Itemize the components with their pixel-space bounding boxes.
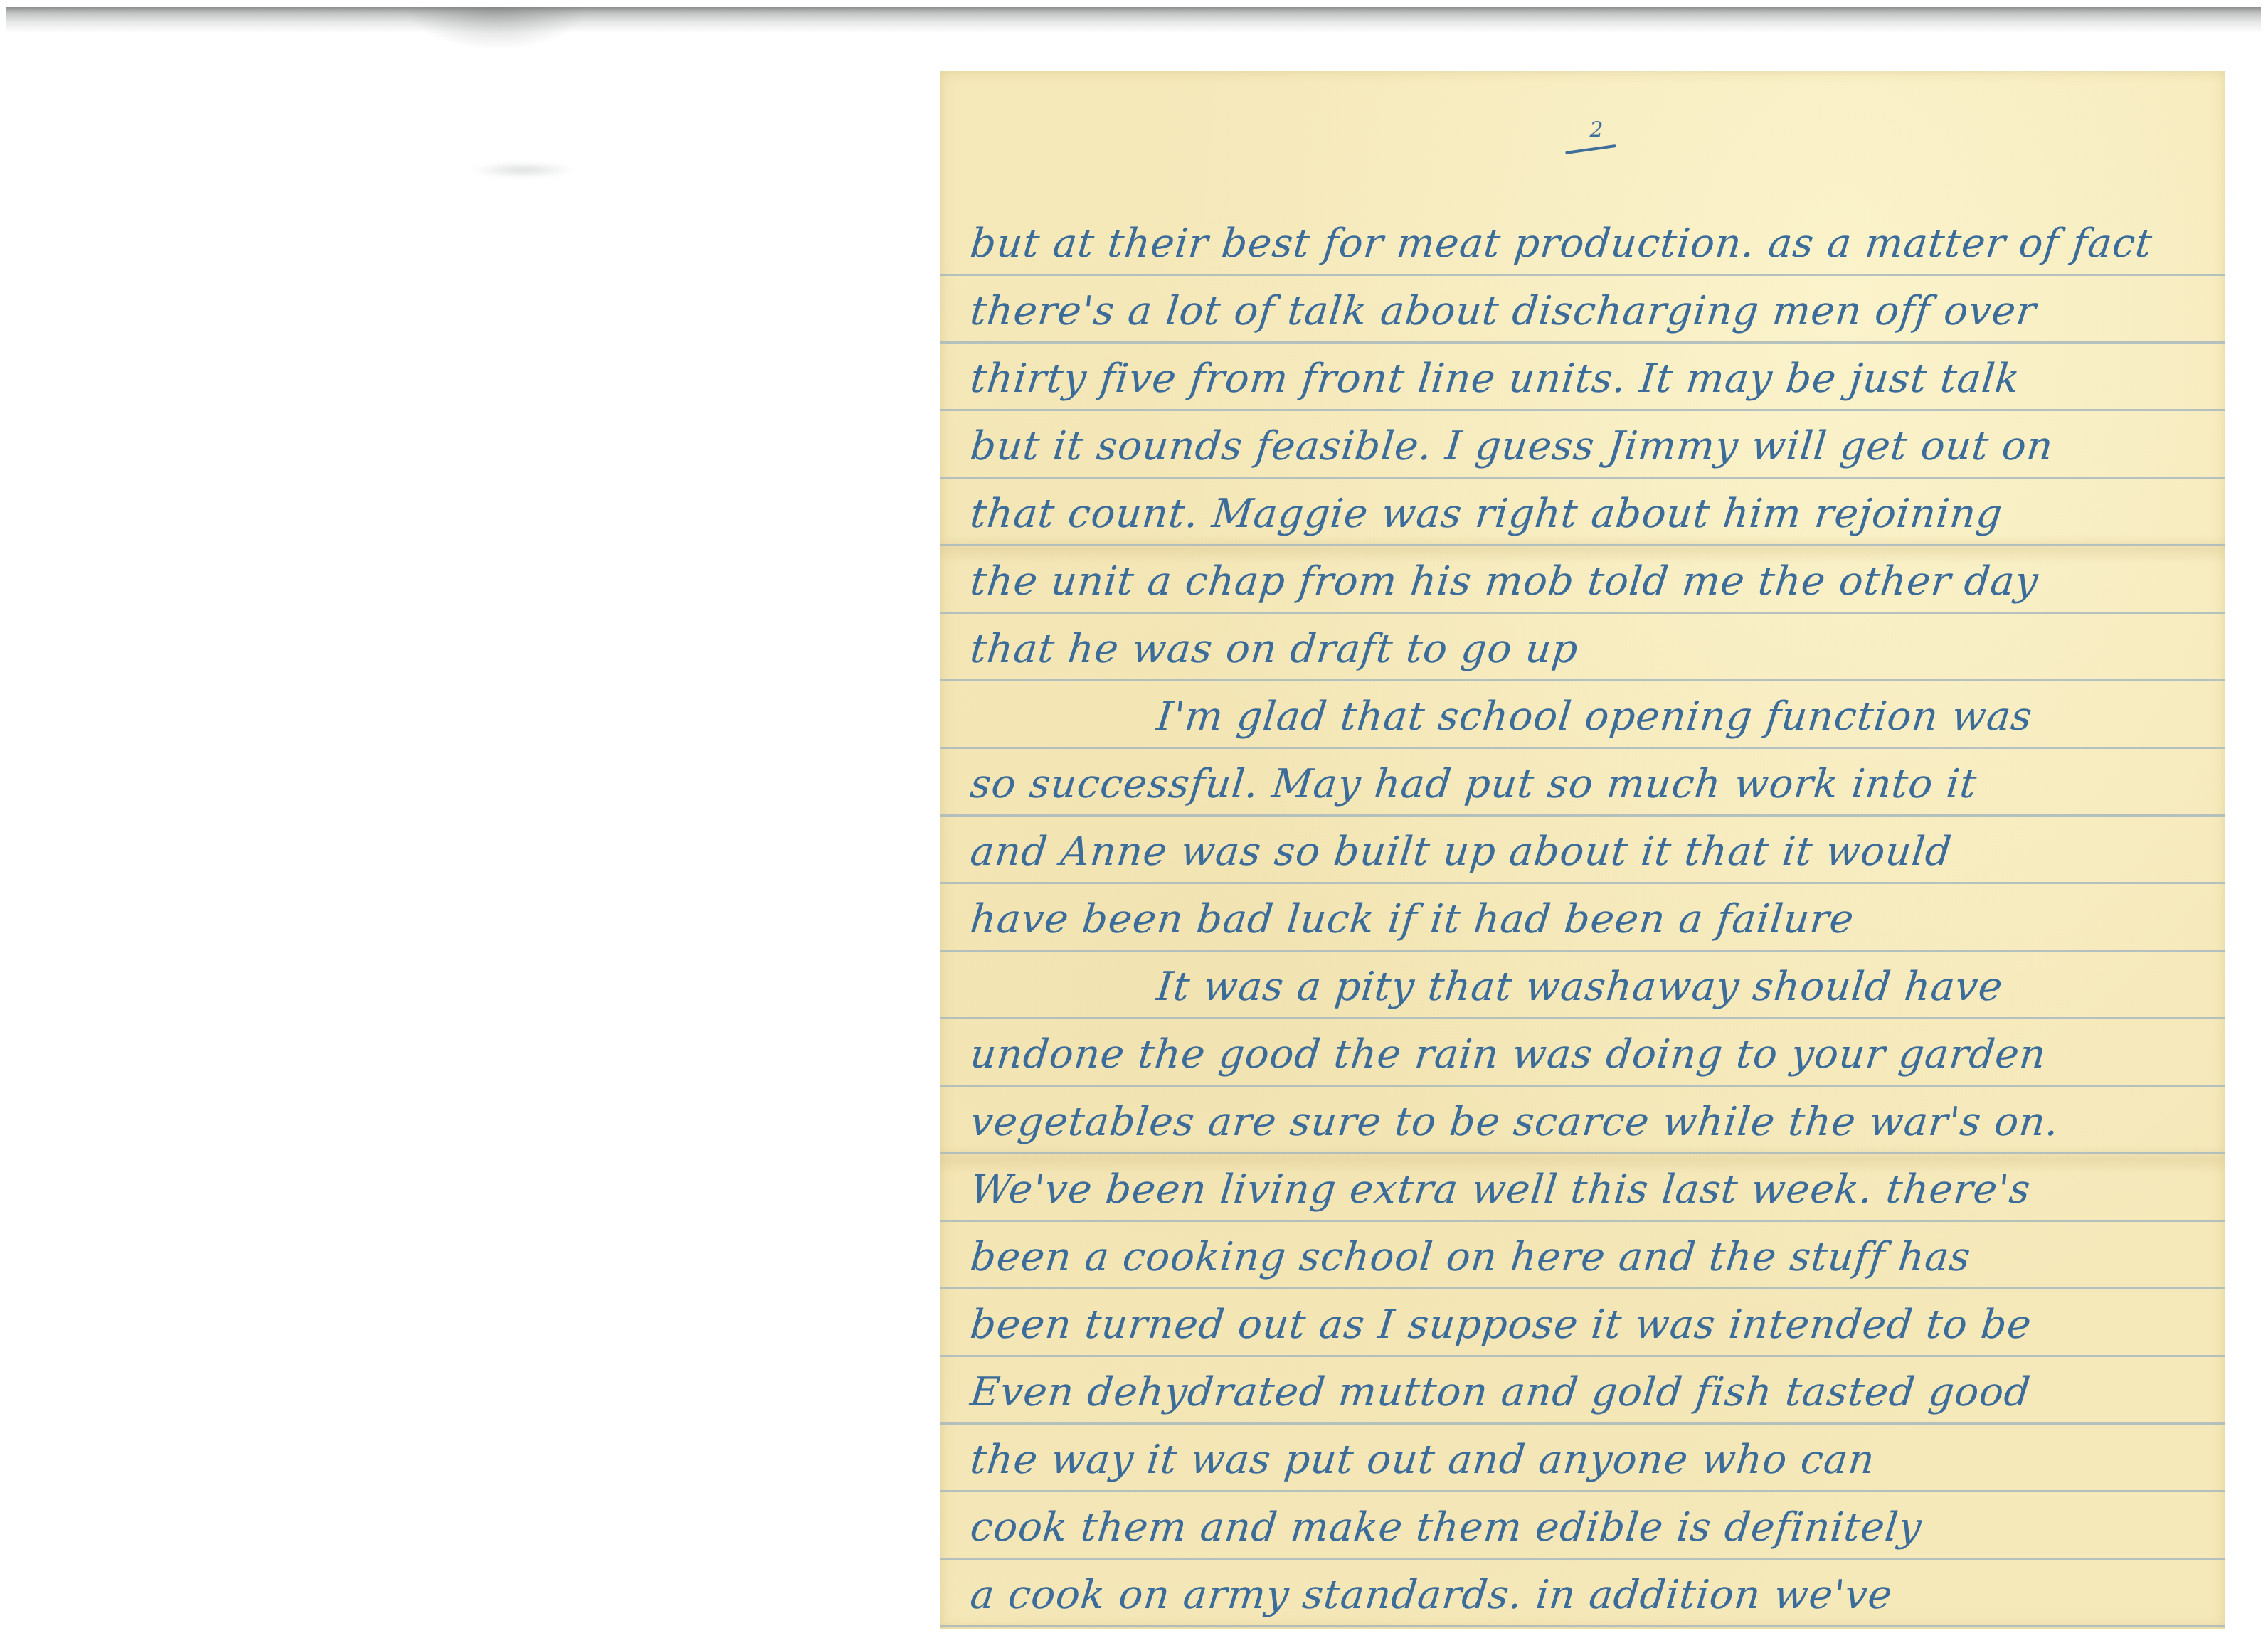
letter-page: 2 but at their best for meat production.… [940, 71, 2225, 1629]
ruled-line [940, 341, 2225, 344]
handwritten-line: the way it was put out and anyone who ca… [968, 1432, 2203, 1489]
handwritten-line: Even dehydrated mutton and gold fish tas… [968, 1364, 2203, 1421]
handwritten-line: vegetables are sure to be scarce while t… [968, 1094, 2203, 1151]
handwritten-line: been turned out as I suppose it was inte… [968, 1297, 2203, 1354]
handwritten-line: there's a lot of talk about discharging … [968, 283, 2203, 340]
scan-smudge [470, 162, 576, 178]
ruled-line [940, 612, 2225, 614]
scanner-shadow-band [6, 7, 2261, 33]
handwritten-line: cook them and make them edible is defini… [968, 1499, 2203, 1556]
ruled-line [940, 1625, 2225, 1627]
ruled-line [940, 1085, 2225, 1087]
handwritten-line: thirty five from front line units. It ma… [968, 351, 2203, 408]
handwritten-line: been a cooking school on here and the st… [968, 1229, 2203, 1286]
handwritten-line-indented: I'm glad that school opening function wa… [1154, 688, 2203, 745]
ruled-line [940, 544, 2225, 546]
handwritten-line: a cook on army standards. in addition we… [968, 1567, 2203, 1624]
handwritten-line: have been bad luck if it had been a fail… [968, 891, 2203, 948]
page-number: 2 [1564, 119, 1628, 141]
handwritten-line: undone the good the rain was doing to yo… [968, 1026, 2203, 1083]
handwritten-line: so successful. May had put so much work … [968, 756, 2203, 813]
ruled-line [940, 1422, 2225, 1425]
handwritten-line: We've been living extra well this last w… [968, 1161, 2203, 1218]
ruled-line [940, 1017, 2225, 1019]
ruled-line [940, 1355, 2225, 1357]
ruled-line [940, 274, 2225, 276]
ruled-line [940, 950, 2225, 952]
ruled-line [940, 679, 2225, 681]
ruled-line [940, 477, 2225, 479]
handwritten-line: but it sounds feasible. I guess Jimmy wi… [968, 418, 2203, 475]
ruled-line [940, 1558, 2225, 1560]
ruled-line [940, 1287, 2225, 1289]
ruled-line [940, 409, 2225, 411]
ruled-line [940, 747, 2225, 749]
handwritten-line-indented: It was a pity that washaway should have [1154, 959, 2203, 1016]
ruled-line [940, 1220, 2225, 1222]
handwritten-line: and Anne was so built up about it that i… [968, 824, 2203, 881]
ruled-line [940, 1152, 2225, 1154]
ruled-line [940, 814, 2225, 817]
handwritten-line: but at their best for meat production. a… [968, 216, 2203, 272]
ruled-line [940, 882, 2225, 884]
handwritten-line: that he was on draft to go up [968, 621, 2203, 678]
page-number-underline [1565, 144, 1616, 154]
handwritten-line: that count. Maggie was right about him r… [968, 486, 2203, 543]
ruled-line [940, 1490, 2225, 1492]
handwritten-line: the unit a chap from his mob told me the… [968, 553, 2203, 610]
